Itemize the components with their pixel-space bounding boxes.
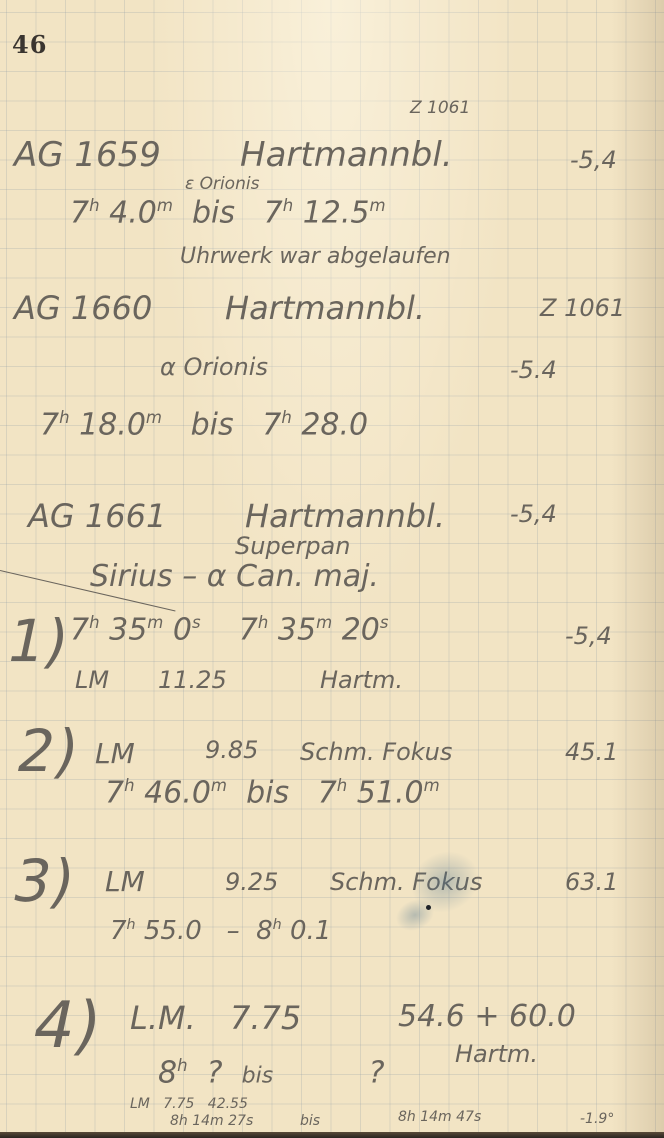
entry-1660-star: α Orionis bbox=[160, 355, 268, 379]
page-edge bbox=[0, 1132, 664, 1138]
exposure-3-lm-label: LM bbox=[105, 868, 145, 896]
entry-1659-value: -5,4 bbox=[570, 148, 617, 172]
exposure-4-time-exact-end: 8h 14m 47s bbox=[398, 1110, 481, 1124]
exposure-2-lm-label: LM bbox=[95, 740, 135, 768]
exposure-4-note: Hartm. bbox=[455, 1042, 538, 1066]
ink-dot bbox=[426, 905, 431, 910]
entry-1659-time: 7h 4.0m bis 7h 12.5m bbox=[70, 198, 386, 229]
exposure-2-note: Schm. Fokus bbox=[300, 740, 452, 764]
exposure-3-time: 7h 55.0 – 8h 0.1 bbox=[110, 918, 331, 944]
exposure-4-lm-label: L.M. bbox=[130, 1002, 196, 1034]
entry-1661-star: Sirius – α Can. maj. bbox=[90, 562, 379, 592]
exposure-1-lm-value: 11.25 bbox=[158, 668, 227, 692]
entry-1659-remark: Uhrwerk war abgelaufen bbox=[180, 246, 451, 268]
entry-1659-method: Hartmannbl. bbox=[240, 138, 453, 172]
entry-1660-catalog-note: Z 1061 bbox=[540, 296, 625, 320]
exposure-1-lm-label: LM bbox=[75, 668, 109, 692]
entry-1661-plate: Superpan bbox=[235, 534, 350, 558]
exposure-2-lm-value: 9.85 bbox=[205, 738, 258, 762]
page-number: 46 bbox=[12, 30, 47, 59]
entry-1660-value: -5.4 bbox=[510, 358, 557, 382]
entry-1659-star: ε Orionis bbox=[185, 176, 259, 193]
exposure-4-label: 4) bbox=[27, 994, 106, 1058]
entry-1660-method: Hartmannbl. bbox=[225, 292, 425, 324]
exposure-4-lm-repeat: LM 7.75 42.55 bbox=[130, 1097, 248, 1111]
entry-1661-title: AG 1661 bbox=[28, 500, 166, 532]
exposure-4-temperature: -1.9° bbox=[580, 1112, 614, 1126]
exposure-4-time-exact-start: 8h 14m 27s bbox=[170, 1114, 253, 1128]
entry-1660-title: AG 1660 bbox=[14, 292, 152, 324]
exposure-1-note: Hartm. bbox=[320, 668, 403, 692]
exposure-3-label: 3) bbox=[8, 852, 80, 910]
entry-1661-method: Hartmannbl. bbox=[245, 500, 445, 532]
exposure-4-lm-value: 7.75 bbox=[230, 1002, 301, 1034]
entry-1659-title: AG 1659 bbox=[14, 138, 161, 172]
exposure-1-time: 7h 35m 0s 7h 35m 20s bbox=[70, 615, 389, 646]
entry-1660-time: 7h 18.0m bis 7h 28.0 bbox=[40, 410, 368, 441]
notebook-page: 46 Z 1061 AG 1659 Hartmannbl. -5,4 ε Ori… bbox=[0, 0, 664, 1132]
exposure-4-time-sep: bis bbox=[300, 1114, 320, 1128]
exposure-2-focus: 45.1 bbox=[565, 740, 618, 764]
exposure-1-label: 1) bbox=[2, 612, 74, 670]
exposure-2-label: 2) bbox=[12, 722, 84, 780]
exposure-4-time-approx: 8h ? bis ? bbox=[158, 1058, 385, 1089]
exposure-2-time: 7h 46.0m bis 7h 51.0m bbox=[105, 778, 440, 809]
exposure-3-lm-value: 9.25 bbox=[225, 870, 278, 894]
entry-1661-value: -5,4 bbox=[510, 502, 557, 526]
entry-1659-catalog-note: Z 1061 bbox=[410, 100, 470, 117]
exposure-1-value: -5,4 bbox=[565, 624, 612, 648]
exposure-4-focus: 54.6 + 60.0 bbox=[398, 1002, 576, 1032]
exposure-3-focus: 63.1 bbox=[565, 870, 618, 894]
